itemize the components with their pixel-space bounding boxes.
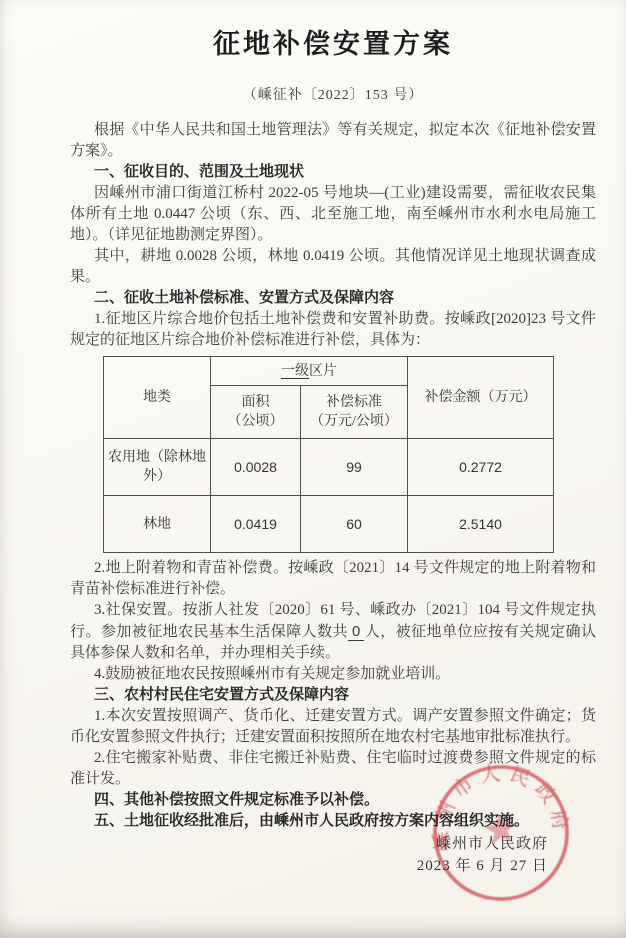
signature-issuer: 嵊州市人民政府 xyxy=(417,833,548,855)
document-body: 根据《中华人民共和国土地管理法》等有关规定，拟定本次《征地补偿安置方案》。 一、… xyxy=(70,120,596,832)
paragraph-s3-2: 2.住宅搬家补贴费、非住宅搬迁补贴费、住宅临时过渡费参照文件规定的标准计发。 xyxy=(70,748,596,790)
document-content: 征地补偿安置方案 （嵊征补〔2022〕153 号） 根据《中华人民共和国土地管理… xyxy=(70,0,596,832)
paragraph-s2-4: 4.鼓励被征地农民按照嵊州市有关规定参加就业培训。 xyxy=(70,664,596,685)
heading-section-2: 二、征收土地补偿标准、安置方式及保障内容 xyxy=(70,288,596,309)
standard-label-line2: （万元/公顷） xyxy=(305,412,403,431)
scanned-document-page: 征地补偿安置方案 （嵊征补〔2022〕153 号） 根据《中华人民共和国土地管理… xyxy=(0,0,626,938)
zone-rest-text: 区片 xyxy=(309,364,337,379)
col-header-zone-group: 一级区片 xyxy=(211,357,408,386)
cell-land-type: 农用地（除林地外） xyxy=(104,439,211,496)
zone-underlined-text: 一级 xyxy=(281,364,309,379)
col-header-standard: 补偿标准 （万元/公顷） xyxy=(301,386,408,439)
cell-amount: 2.5140 xyxy=(408,496,554,553)
table-row-farmland: 农用地（除林地外） 0.0028 99 0.2772 xyxy=(104,439,554,496)
cell-amount: 0.2772 xyxy=(408,439,554,496)
heading-section-3: 三、农村村民住宅安置方式及保障内容 xyxy=(70,685,596,706)
heading-section-4: 四、其他补偿按照文件规定标准予以补偿。 xyxy=(70,790,596,811)
insured-count-value: 0 xyxy=(348,623,364,641)
paragraph-intro: 根据《中华人民共和国土地管理法》等有关规定，拟定本次《征地补偿安置方案》。 xyxy=(70,120,596,162)
cell-standard: 99 xyxy=(301,439,408,496)
heading-section-5: 五、土地征收经批准后，由嵊州市人民政府按方案内容组织实施。 xyxy=(70,811,596,832)
cell-land-type: 林地 xyxy=(104,496,211,553)
paragraph-s1-1: 因嵊州市浦口街道江桥村 2022-05 号地块—(工业)建设需要，需征收农民集体… xyxy=(70,183,596,246)
cell-area: 0.0419 xyxy=(211,496,301,553)
paragraph-s2-2: 2.地上附着物和青苗补偿费。按嵊政〔2021〕14 号文件规定的地上附着物和青苗… xyxy=(70,558,596,600)
paragraph-s2-1: 1.征地区片综合地价包括土地补偿费和安置补助费。按嵊政[2020]23 号文件规… xyxy=(70,309,596,351)
document-number: （嵊征补〔2022〕153 号） xyxy=(70,86,596,106)
signature-date: 2023 年 6 月 27 日 xyxy=(417,855,548,877)
cell-area: 0.0028 xyxy=(211,439,301,496)
cell-standard: 60 xyxy=(301,496,408,553)
paragraph-s2-3: 3.社保安置。按浙人社发〔2020〕61 号、嵊政办〔2021〕104 号文件规… xyxy=(70,600,596,664)
signature-block: 嵊州市人民政府 2023 年 6 月 27 日 xyxy=(417,833,548,877)
heading-section-1: 一、征收目的、范围及土地现状 xyxy=(70,162,596,183)
col-header-area: 面积 （公顷） xyxy=(211,386,301,439)
col-header-land-type: 地类 xyxy=(104,357,211,439)
col-header-amount: 补偿金额（万元） xyxy=(408,357,554,439)
paragraph-s1-2: 其中，耕地 0.0028 公顷，林地 0.0419 公顷。其他情况详见土地现状调… xyxy=(70,246,596,288)
area-label-line1: 面积 xyxy=(215,393,296,412)
area-label-line2: （公顷） xyxy=(215,412,296,431)
paragraph-s3-1: 1.本次安置按照调产、货币化、迁建安置方式。调产安置参照文件确定；货币化安置参照… xyxy=(70,706,596,748)
table-row-forest: 林地 0.0419 60 2.5140 xyxy=(104,496,554,553)
standard-label-line1: 补偿标准 xyxy=(305,393,403,412)
document-title: 征地补偿安置方案 xyxy=(70,26,596,62)
compensation-table: 地类 一级区片 补偿金额（万元） 面积 （公顷） 补偿标准 （万元/公顷） 农用… xyxy=(103,356,554,553)
